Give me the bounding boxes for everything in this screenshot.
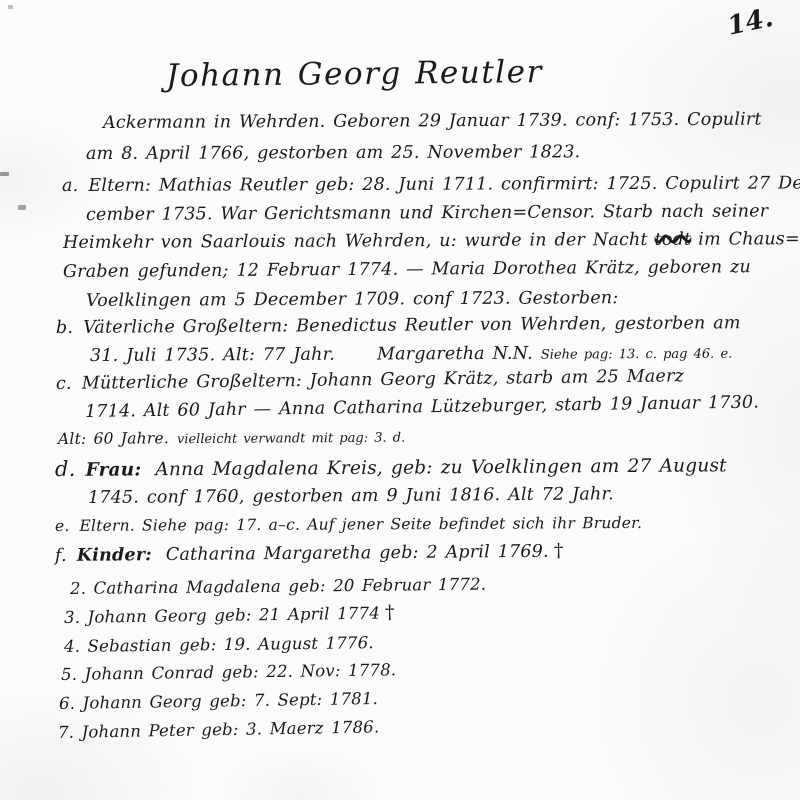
section-a-text-3-post: im Chaus= <box>698 229 800 250</box>
intro-line-1: Ackermann in Wehrden. Geboren 29 Januar … <box>103 110 762 133</box>
section-marker-e: e. <box>55 517 70 535</box>
section-a-line-1: a.Eltern: Mathias Reutler geb: 28. Juni … <box>62 173 800 196</box>
section-marker-d: d. <box>55 457 76 481</box>
intro-line-2: am 8. April 1766, gestorben am 25. Novem… <box>86 142 580 164</box>
child-line-3: 3. Johann Georg geb: 21 April 1774† <box>64 601 395 628</box>
section-marker-b: b. <box>56 318 73 338</box>
section-a-text-3-pre: Heimkehr von Saarlouis nach Wehrden, u: … <box>63 230 648 253</box>
section-a-line-2: cember 1735. War Gerichtsmann und Kirche… <box>86 201 768 225</box>
section-c-line-2: 1714. Alt 60 Jahr — Anna Catharina Lütze… <box>85 393 759 422</box>
deceased-cross-icon: † <box>385 601 395 623</box>
child-entry-6: 6. Johann Georg geb: 7. Sept: 1781. <box>59 689 378 713</box>
child-line-4: 4. Sebastian geb: 19. August 1776. <box>64 631 379 657</box>
kinship-note: vielleicht verwandt mit pag: 3. d. <box>177 431 405 448</box>
section-c-text-3: Alt: 60 Jahre. <box>58 429 169 448</box>
section-f-line-1: f.Kinder:Catharina Margaretha geb: 2 Apr… <box>55 540 564 566</box>
section-a-line-3: Heimkehr von Saarlouis nach Wehrden, u: … <box>63 229 800 258</box>
scan-artifact <box>0 172 9 176</box>
child-entry-7: 7. Johann Peter geb: 3. Maerz 1786. <box>58 717 380 742</box>
section-marker-c: c. <box>56 374 72 394</box>
section-d-text-1: Anna Magdalena Kreis, geb: zu Voelklinge… <box>155 455 727 480</box>
child-entry-1: Catharina Margaretha geb: 2 April 1769. <box>166 542 549 565</box>
child-entry-3: 3. Johann Georg geb: 21 April 1774 <box>64 604 380 627</box>
page-number: 14. <box>725 3 776 42</box>
wife-label: Frau: <box>85 459 141 480</box>
child-entry-5: 5. Johann Conrad geb: 22. Nov: 1778. <box>61 660 397 684</box>
child-entry-4: 4. Sebastian geb: 19. August 1776. <box>64 633 374 656</box>
section-d-line-1: d.Frau:Anna Magdalena Kreis, geb: zu Voe… <box>55 452 727 481</box>
section-e-text-1: Eltern. Siehe pag: 17. a–c. Auf jener Se… <box>79 514 642 535</box>
section-c-text-1: Mütterliche Großeltern: Johann Georg Krä… <box>82 366 684 393</box>
section-a-line-5: Voelklingen am 5 December 1709. conf 172… <box>86 288 619 311</box>
section-b-line-2: 31. Juli 1735. Alt: 77 Jahr.Margaretha N… <box>90 343 732 366</box>
section-a-text-1: Eltern: Mathias Reutler geb: 28. Juni 17… <box>88 173 800 196</box>
child-line-7: 7. Johann Peter geb: 3. Maerz 1786. <box>58 715 385 743</box>
section-b-text-1: Väterliche Großeltern: Benedictus Reutle… <box>83 313 741 338</box>
page-title: Johann Georg Reutler <box>166 54 543 94</box>
section-d-line-2: 1745. conf 1760, gestorben am 9 Juni 181… <box>88 484 614 508</box>
grandmother-name: Margaretha N.N. <box>377 344 533 365</box>
children-label: Kinder: <box>77 545 152 566</box>
deceased-cross-icon: † <box>554 540 564 562</box>
section-marker-a: a. <box>62 176 78 196</box>
scan-artifact <box>18 205 26 210</box>
section-b-text-2: 31. Juli 1735. Alt: 77 Jahr. <box>90 345 335 366</box>
child-line-6: 6. Johann Georg geb: 7. Sept: 1781. <box>59 687 383 714</box>
section-c-line-1: c.Mütterliche Großeltern: Johann Georg K… <box>56 366 684 394</box>
scan-artifact <box>8 5 13 9</box>
page-reference-note: Siehe pag: 13. c. pag 46. e. <box>541 347 732 363</box>
section-marker-f: f. <box>55 546 67 566</box>
section-b-line-1: b.Väterliche Großeltern: Benedictus Reut… <box>56 313 741 338</box>
child-entry-2: 2. Catharina Magdalena geb: 20 Februar 1… <box>70 575 486 598</box>
struck-out-word: todt <box>655 230 692 250</box>
scanned-page: 14. Johann Georg Reutler Ackermann in We… <box>0 0 800 800</box>
child-line-5: 5. Johann Conrad geb: 22. Nov: 1778. <box>61 658 402 685</box>
section-c-line-3: Alt: 60 Jahre.vielleicht verwandt mit pa… <box>58 428 405 448</box>
child-line-2: 2. Catharina Magdalena geb: 20 Februar 1… <box>70 573 491 599</box>
section-e-line-1: e.Eltern. Siehe pag: 17. a–c. Auf jener … <box>55 514 642 535</box>
section-a-line-4: Graben gefunden; 12 Februar 1774. — Mari… <box>63 257 751 282</box>
